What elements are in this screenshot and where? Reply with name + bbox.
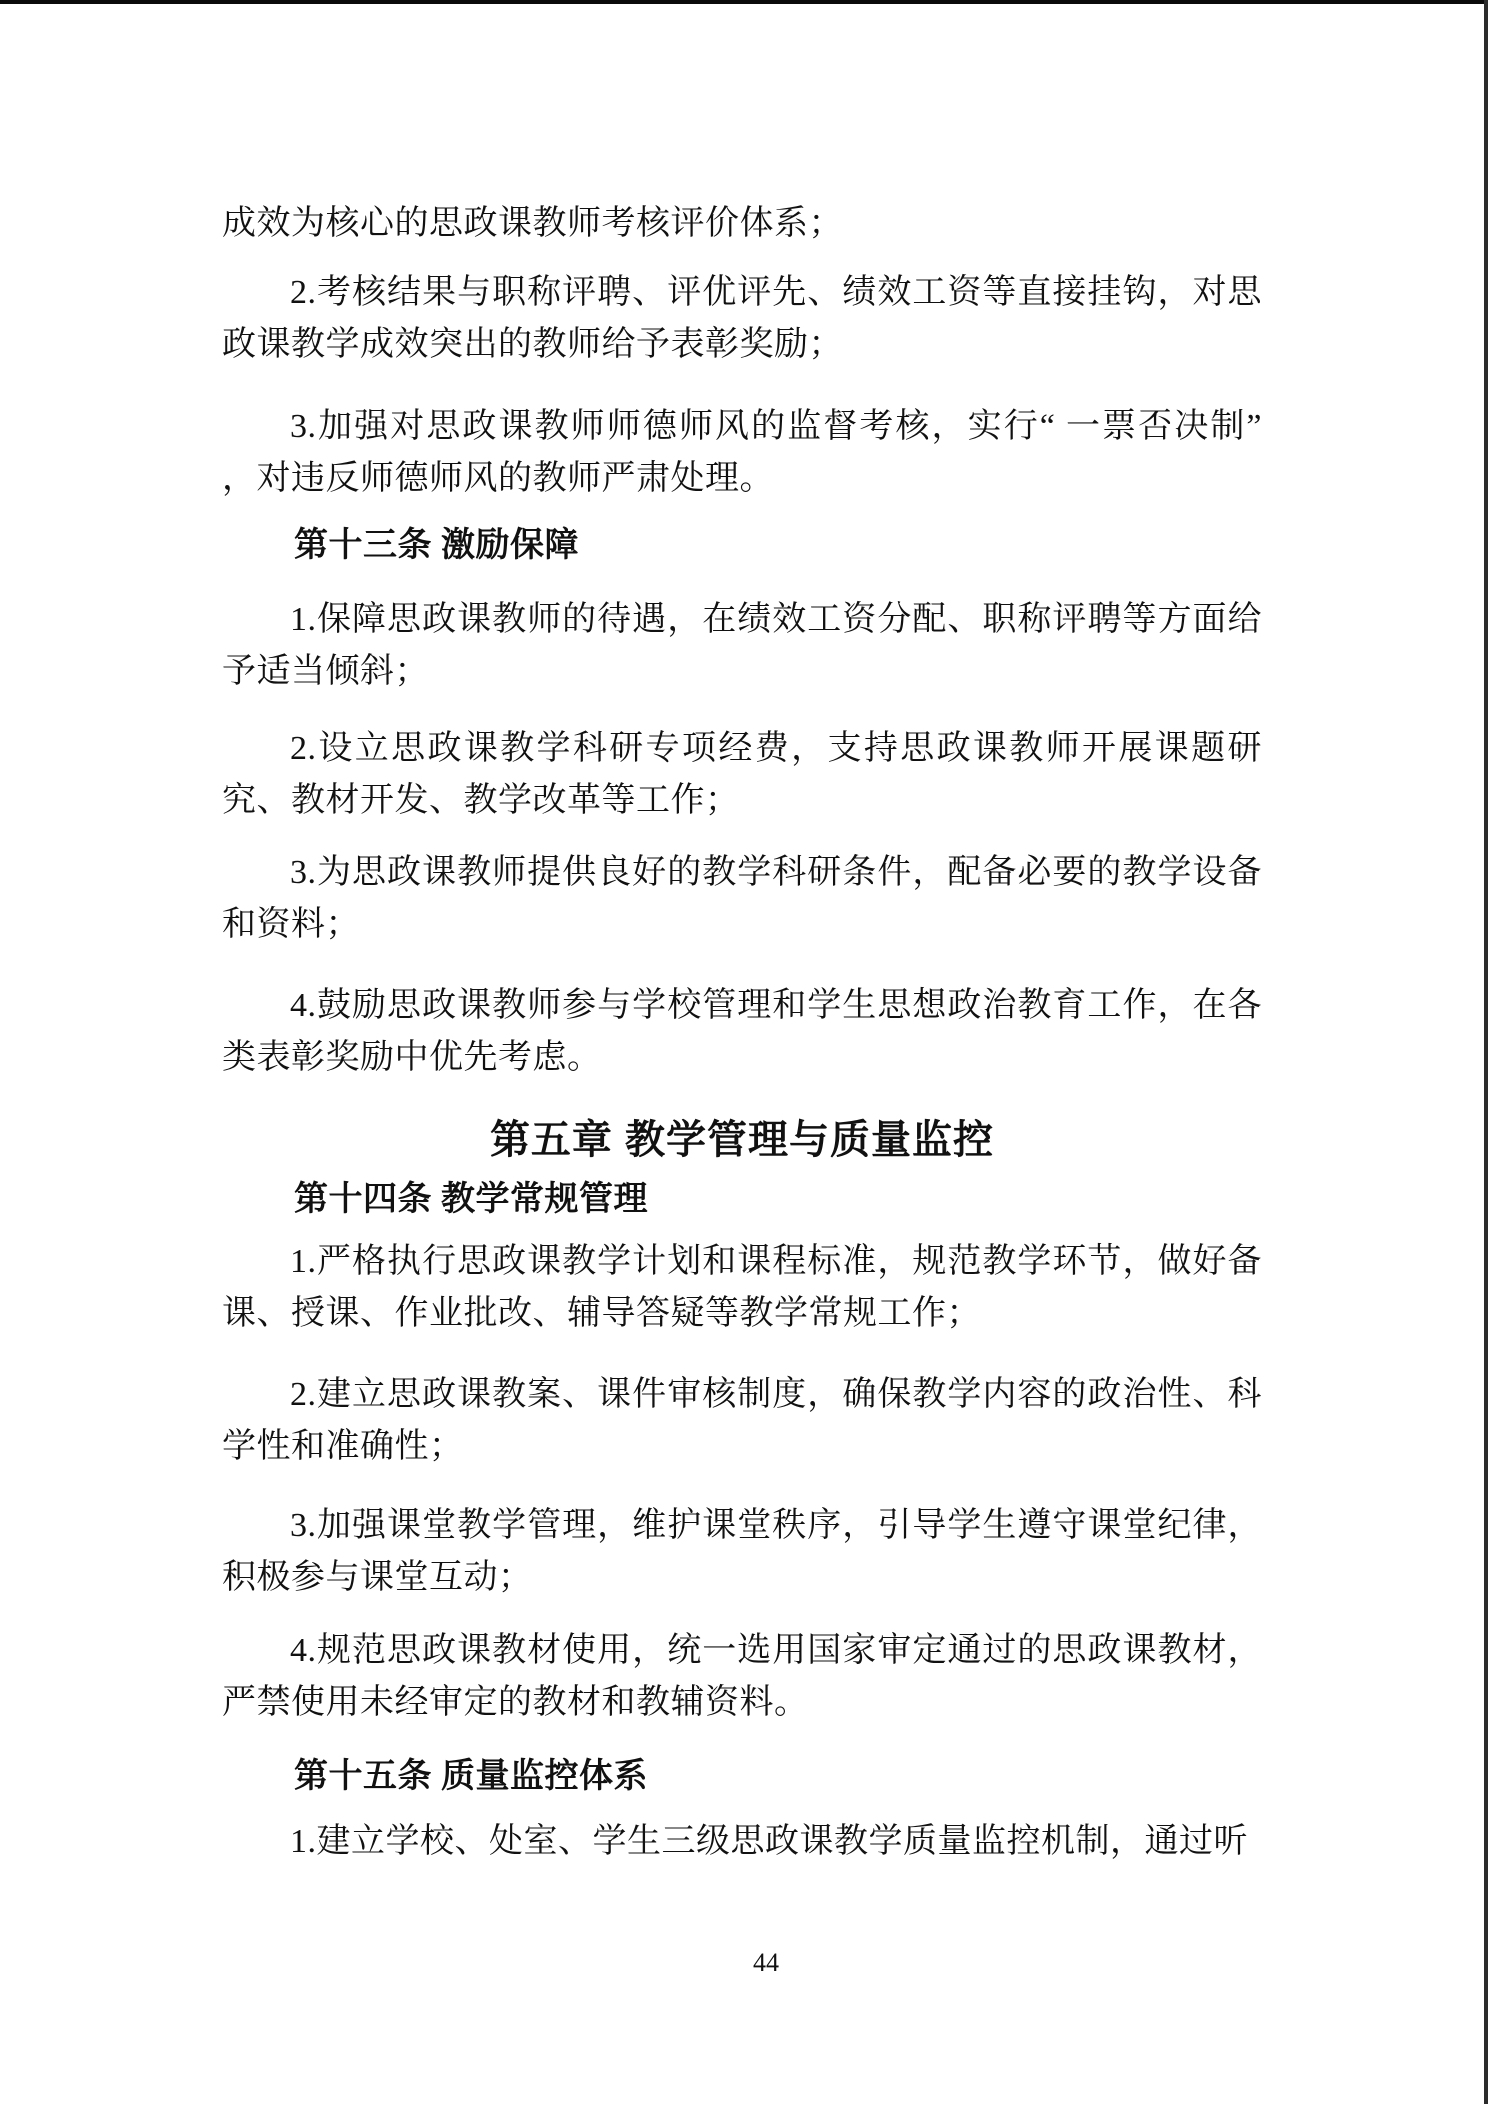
- page-number: 44: [753, 1945, 779, 1981]
- article-heading-15: 第十五条 质量监控体系: [222, 1751, 1262, 1803]
- chapter-heading-5: 第五章 教学管理与质量监控: [222, 1112, 1262, 1168]
- scan-edge-top: [0, 0, 1488, 4]
- paragraph-13-4: 4.鼓励思政课教师参与学校管理和学生思想政治教育工作，在各类表彰奖励中优先考虑。: [222, 980, 1262, 1084]
- paragraph-13-1: 1.保障思政课教师的待遇，在绩效工资分配、职称评聘等方面给予适当倾斜；: [222, 594, 1262, 698]
- article-heading-14: 第十四条 教学常规管理: [222, 1174, 1262, 1226]
- scan-edge-right: [1484, 0, 1488, 2104]
- paragraph-13-3: 3.为思政课教师提供良好的教学科研条件，配备必要的教学设备和资料；: [222, 847, 1262, 951]
- paragraph-14-3: 3.加强课堂教学管理，维护课堂秩序，引导学生遵守课堂纪律，积极参与课堂互动；: [222, 1500, 1262, 1604]
- paragraph-13-2: 2.设立思政课教学科研专项经费，支持思政课教师开展课题研究、教材开发、教学改革等…: [222, 723, 1262, 827]
- paragraph-15-1: 1.建立学校、处室、学生三级思政课教学质量监控机制，通过听: [222, 1816, 1262, 1868]
- paragraph-14-1: 1.严格执行思政课教学计划和课程标准，规范教学环节，做好备课、授课、作业批改、辅…: [222, 1236, 1262, 1340]
- paragraph-carryover: 成效为核心的思政课教师考核评价体系；: [222, 198, 1262, 250]
- paragraph-assessment-3: 3.加强对思政课教师师德师风的监督考核，实行“ 一票否决制” ，对违反师德师风的…: [222, 401, 1262, 505]
- paragraph-14-2: 2.建立思政课教案、课件审核制度，确保教学内容的政治性、科学性和准确性；: [222, 1369, 1262, 1473]
- document-page: 成效为核心的思政课教师考核评价体系； 2.考核结果与职称评聘、评优评先、绩效工资…: [0, 0, 1488, 2104]
- paragraph-assessment-2: 2.考核结果与职称评聘、评优评先、绩效工资等直接挂钩，对思政课教学成效突出的教师…: [222, 267, 1262, 371]
- paragraph-14-4: 4.规范思政课教材使用，统一选用国家审定通过的思政课教材，严禁使用未经审定的教材…: [222, 1625, 1262, 1729]
- article-heading-13: 第十三条 激励保障: [222, 520, 1262, 572]
